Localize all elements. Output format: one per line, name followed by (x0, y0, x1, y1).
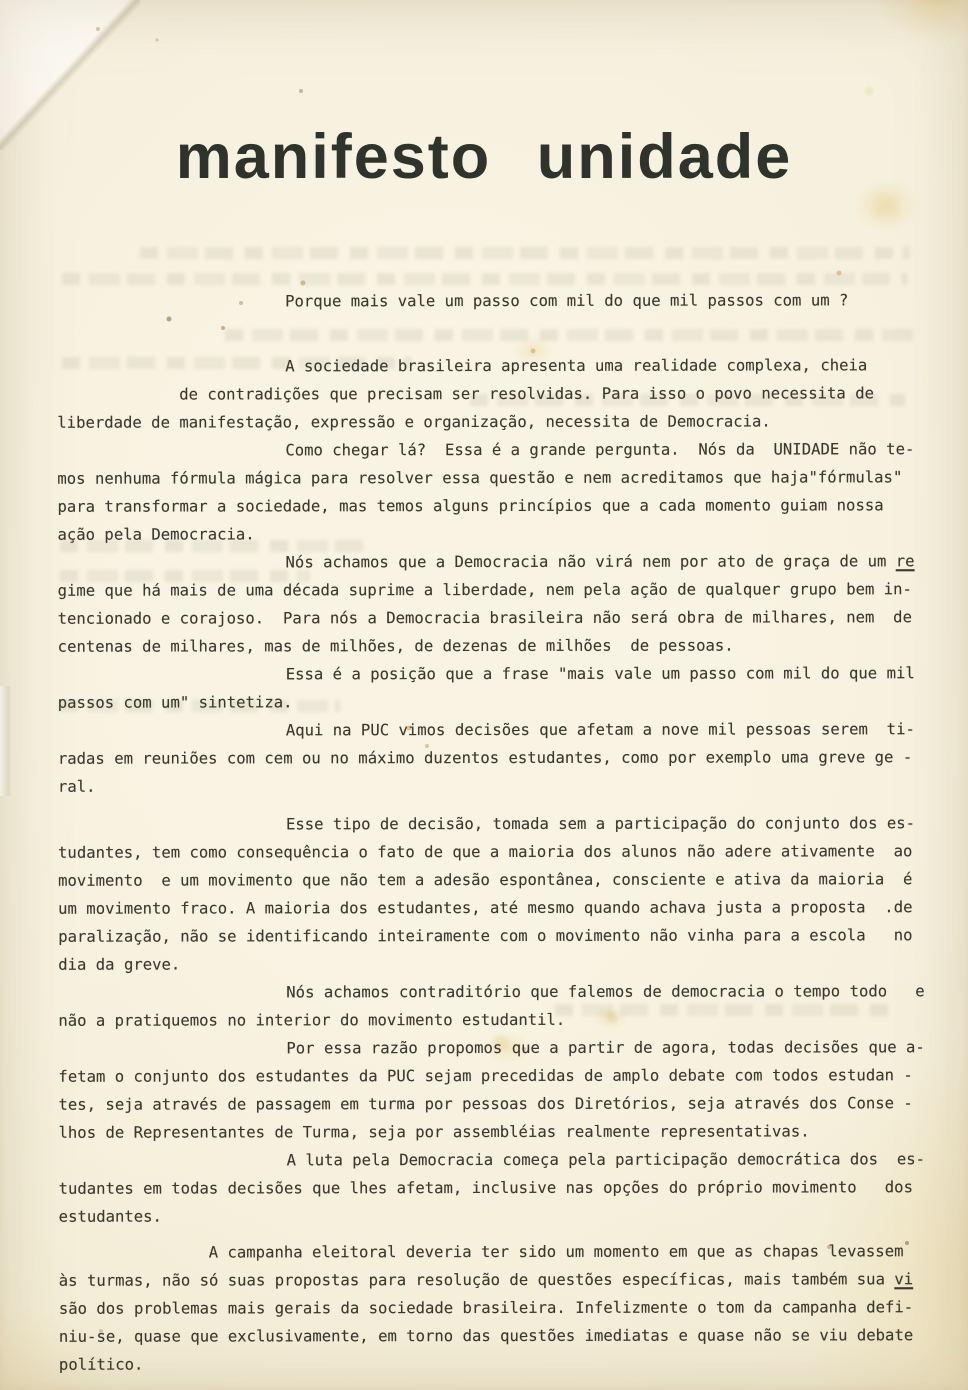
text-line-main: tudantes, tem como consequência o fato d… (58, 842, 912, 861)
text-line: tudantes em todas decisões que lhes afet… (59, 1173, 923, 1203)
text-line-main: Porque mais vale um passo com mil do que… (285, 291, 848, 310)
text-line-main: dia da greve. (58, 956, 180, 974)
text-line: Como chegar lá? Essa é a grande pergunta… (57, 435, 921, 465)
text-line: Por essa razão propomos que a partir de … (58, 1033, 922, 1063)
text-line-main: paralização, não se identificando inteir… (58, 926, 912, 945)
text-line: A sociedade brasileira apresenta uma rea… (57, 351, 921, 381)
text-line: niu-se, quase que exclusivamente, em tor… (59, 1321, 923, 1351)
text-line: ação pela Democracia. (57, 519, 921, 549)
text-line-main: tes, seja através de passagem em turma p… (58, 1094, 912, 1113)
text-line-main: estudantes. (59, 1208, 162, 1226)
text-line-main: A campanha eleitoral deveria ter sido um… (209, 1242, 904, 1261)
page-title: manifesto unidade (0, 121, 968, 193)
text-line: ral. (58, 771, 922, 801)
text-line-main: político. (59, 1356, 144, 1374)
text-line: estudantes. (59, 1201, 923, 1231)
text-line-main: Aqui na PUC vimos decisões que afetam a … (286, 720, 915, 739)
text-line: liberdade de manifestação, expressão e o… (57, 407, 921, 437)
text-line-main: tencionado e corajoso. Para nós a Democr… (58, 608, 912, 627)
text-line: passos com um" sintetiza. (58, 687, 922, 717)
left-crease (0, 686, 12, 796)
text-line-main: mos nenhuma fórmula mágica para resolver… (57, 468, 902, 487)
text-line-main: movimento e um movimento que não tem a a… (58, 870, 912, 889)
text-line: de contradições que precisam ser resolvi… (57, 379, 921, 409)
text-line-main: um movimento fraco. A maioria dos estuda… (58, 898, 912, 917)
text-block: Porque mais vale um passo com mil do que… (57, 286, 923, 1379)
text-line-main: são dos problemas mais gerais da socieda… (59, 1298, 913, 1317)
text-line: são dos problemas mais gerais da socieda… (59, 1293, 923, 1323)
text-line: tudantes, tem como consequência o fato d… (58, 837, 922, 867)
text-line-main: niu-se, quase que exclusivamente, em tor… (59, 1326, 913, 1345)
bleed-through-line (62, 273, 907, 285)
text-line-underlined-suffix: vi (894, 1270, 913, 1288)
text-line: político. (59, 1349, 923, 1379)
text-line-main: radas em reuniões com cem ou no máximo d… (58, 748, 912, 767)
text-line-main: Esse tipo de decisão, tomada sem a parti… (286, 814, 915, 833)
text-line: radas em reuniões com cem ou no máximo d… (58, 743, 922, 773)
text-line: mos nenhuma fórmula mágica para resolver… (57, 463, 921, 493)
text-line-main: tudantes em todas decisões que lhes afet… (59, 1178, 913, 1197)
text-line-main: gime que há mais de uma década suprime a… (58, 580, 912, 599)
text-line-main: Como chegar lá? Essa é a grande pergunta… (285, 440, 914, 459)
text-line: A luta pela Democracia começa pela parti… (59, 1145, 923, 1175)
text-line-main: lhos de Representantes de Turma, seja po… (59, 1122, 810, 1141)
text-line: Aqui na PUC vimos decisões que afetam a … (58, 715, 922, 745)
bleed-through-line (140, 247, 910, 259)
text-line: lhos de Representantes de Turma, seja po… (58, 1117, 922, 1147)
text-line-main: liberdade de manifestação, expressão e o… (57, 413, 771, 432)
text-line-main: para transformar a sociedade, mas temos … (57, 496, 883, 515)
text-line: Nós achamos que a Democracia não virá ne… (58, 547, 922, 577)
text-line: dia da greve. (58, 949, 922, 979)
text-line: para transformar a sociedade, mas temos … (57, 491, 921, 521)
text-line-main: fetam o conjunto dos estudantes da PUC s… (58, 1066, 912, 1085)
text-line-main: de contradições que precisam ser resolvi… (179, 384, 874, 403)
text-line: gime que há mais de uma década suprime a… (58, 575, 922, 605)
text-line: fetam o conjunto dos estudantes da PUC s… (58, 1061, 922, 1091)
text-line-main: ral. (58, 778, 96, 796)
text-line-main: Nós achamos contraditório que falemos de… (286, 982, 924, 1001)
text-line-main: Essa é a posição que a frase "mais vale … (286, 664, 915, 683)
text-line-underlined-suffix: re (896, 552, 915, 570)
text-line: movimento e um movimento que não tem a a… (58, 865, 922, 895)
text-line-main: A sociedade brasileira apresenta uma rea… (285, 356, 867, 375)
text-line-main: A luta pela Democracia começa pela parti… (287, 1150, 925, 1169)
text-line-main: Por essa razão propomos que a partir de … (286, 1038, 924, 1057)
text-line: tencionado e corajoso. Para nós a Democr… (58, 603, 922, 633)
text-line-main: às turmas, não só suas propostas para re… (59, 1270, 895, 1289)
text-line: tes, seja através de passagem em turma p… (58, 1089, 922, 1119)
text-line: Porque mais vale um passo com mil do que… (57, 286, 921, 316)
text-line: centenas de milhares, mas de milhões, de… (58, 631, 922, 661)
text-line: Esse tipo de decisão, tomada sem a parti… (58, 809, 922, 839)
text-line: às turmas, não só suas propostas para re… (59, 1265, 923, 1295)
text-line-main: centenas de milhares, mas de milhões, de… (58, 637, 734, 656)
text-line-main: passos com um" sintetiza. (58, 693, 293, 711)
text-line-main: não a pratiquemos no interior do movimen… (58, 1011, 565, 1030)
text-line-main: ação pela Democracia. (57, 525, 254, 543)
text-line: não a pratiquemos no interior do movimen… (58, 1005, 922, 1035)
paper: { "page": { "title": "manifesto unidade"… (0, 0, 968, 1390)
text-line: um movimento fraco. A maioria dos estuda… (58, 893, 922, 923)
text-line: Essa é a posição que a frase "mais vale … (58, 659, 922, 689)
text-line: Nós achamos contraditório que falemos de… (58, 977, 922, 1007)
text-line: paralização, não se identificando inteir… (58, 921, 922, 951)
text-line-main: Nós achamos que a Democracia não virá ne… (286, 552, 896, 571)
text-line: A campanha eleitoral deveria ter sido um… (59, 1237, 923, 1267)
